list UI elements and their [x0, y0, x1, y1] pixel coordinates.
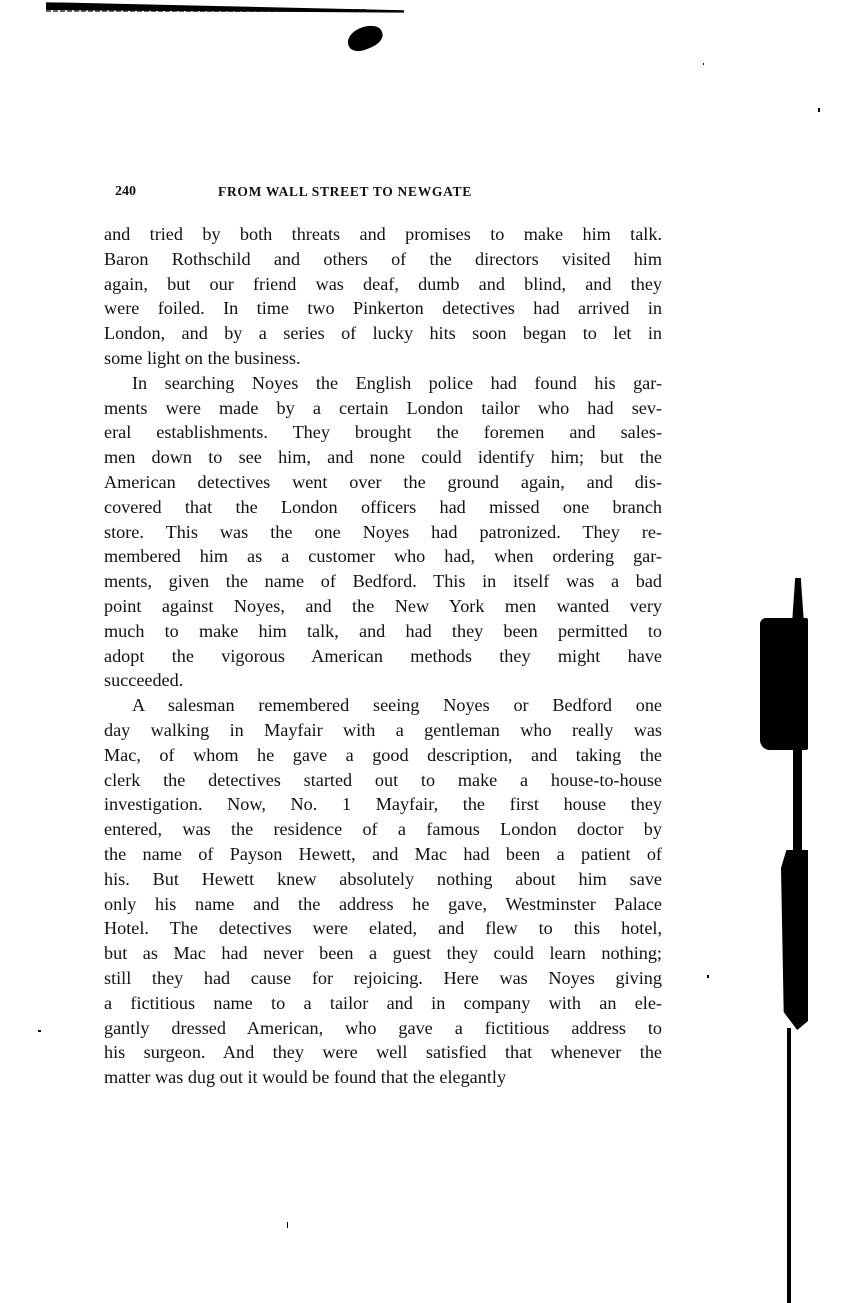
binding-shadow — [787, 1028, 791, 1303]
text-line: ments were made by a certain London tail… — [104, 396, 662, 421]
text-line: much to make him talk, and had they been… — [104, 619, 662, 644]
binding-shadow — [760, 618, 808, 750]
paragraph: In searching Noyes the English police ha… — [104, 371, 662, 693]
text-line: only his name and the address he gave, W… — [104, 892, 662, 917]
paragraph: A salesman remembered seeing Noyes or Be… — [104, 693, 662, 1090]
text-line: but as Mac had never been a guest they c… — [104, 941, 662, 966]
text-line: his surgeon. And they were well satisfie… — [104, 1040, 662, 1065]
scan-speck — [703, 63, 704, 65]
text-line: gantly dressed American, who gave a fict… — [104, 1016, 662, 1041]
text-line: some light on the business. — [104, 346, 662, 371]
text-line: covered that the London officers had mis… — [104, 495, 662, 520]
text-line: day walking in Mayfair with a gentleman … — [104, 718, 662, 743]
text-line: Hotel. The detectives were elated, and f… — [104, 916, 662, 941]
binding-shadow — [781, 850, 808, 1030]
text-line: matter was dug out it would be found tha… — [104, 1065, 662, 1090]
text-line: eral establishments. They brought the fo… — [104, 420, 662, 445]
text-line: still they had cause for rejoicing. Here… — [104, 966, 662, 991]
text-line: again, but our friend was deaf, dumb and… — [104, 272, 662, 297]
paragraph: and tried by both threats and promises t… — [104, 222, 662, 371]
scan-speck — [38, 1030, 41, 1032]
text-line: American detectives went over the ground… — [104, 470, 662, 495]
text-line: membered him as a customer who had, when… — [104, 544, 662, 569]
page-body: and tried by both threats and promises t… — [104, 222, 662, 1090]
scan-speck — [818, 108, 820, 112]
text-line: the name of Payson Hewett, and Mac had b… — [104, 842, 662, 867]
text-line: succeeded. — [104, 668, 662, 693]
text-line: ments, given the name of Bedford. This i… — [104, 569, 662, 594]
text-line: Baron Rothschild and others of the direc… — [104, 247, 662, 272]
text-line: men down to see him, and none could iden… — [104, 445, 662, 470]
text-line: A salesman remembered seeing Noyes or Be… — [104, 693, 662, 718]
text-line: were foiled. In time two Pinkerton detec… — [104, 296, 662, 321]
text-line: London, and by a series of lucky hits so… — [104, 321, 662, 346]
text-line: a fictitious name to a tailor and in com… — [104, 991, 662, 1016]
text-line: adopt the vigorous American methods they… — [104, 644, 662, 669]
scan-speck — [287, 1222, 288, 1228]
text-line: investigation. Now, No. 1 Mayfair, the f… — [104, 792, 662, 817]
text-line: store. This was the one Noyes had patron… — [104, 520, 662, 545]
running-title: FROM WALL STREET TO NEWGATE — [218, 184, 472, 200]
scan-speck — [707, 975, 709, 978]
binding-shadow — [793, 745, 802, 855]
text-line: his. But Hewett knew absolutely nothing … — [104, 867, 662, 892]
text-line: Mac, of whom he gave a good description,… — [104, 743, 662, 768]
text-line: point against Noyes, and the New York me… — [104, 594, 662, 619]
scan-smear-top-texture — [46, 9, 366, 12]
page-number: 240 — [115, 184, 136, 200]
text-line: entered, was the residence of a famous L… — [104, 817, 662, 842]
text-line: In searching Noyes the English police ha… — [104, 371, 662, 396]
scan-smear-top — [46, 2, 404, 14]
text-line: and tried by both threats and promises t… — [104, 222, 662, 247]
ink-blot — [344, 21, 386, 55]
text-line: clerk the detectives started out to make… — [104, 768, 662, 793]
